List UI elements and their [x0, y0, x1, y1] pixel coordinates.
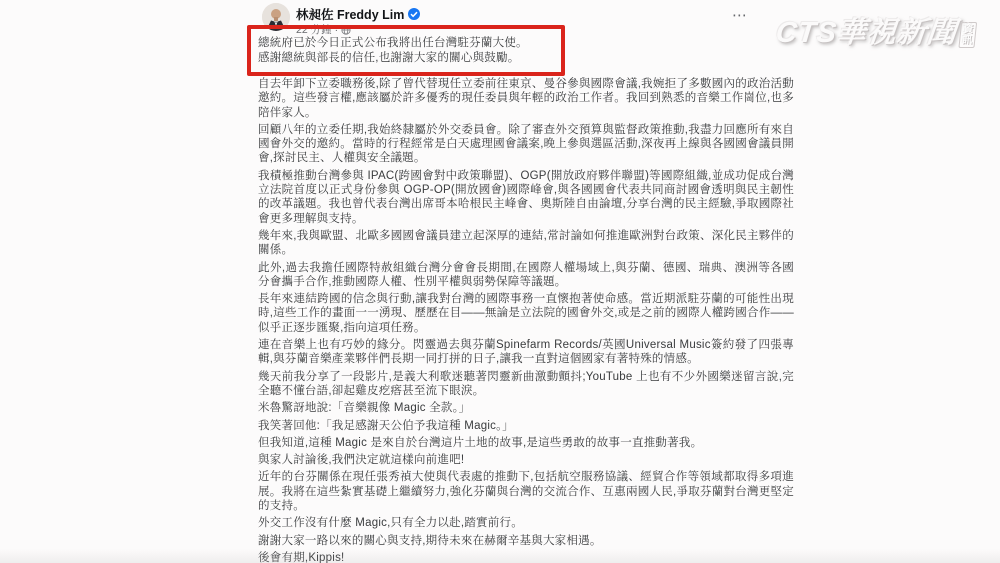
video-bottom-fade	[0, 549, 1000, 563]
post-paragraph: 長年來連結跨國的信念與行動,讓我對台灣的國際事務一直懷抱著使命感。當近期派駐芬蘭…	[258, 292, 794, 335]
post-paragraph: 謝謝大家一路以來的關心與支持,期待未來在赫爾辛基與大家相遇。	[258, 534, 794, 548]
author-name[interactable]: 林昶佐 Freddy Lim	[296, 5, 420, 23]
cts-suffix-top: 資	[963, 24, 974, 35]
post-paragraph: 外交工作沒有什麼 Magic,只有全力以赴,踏實前行。	[258, 516, 794, 530]
cts-logo-suffix: 資 訊	[958, 22, 977, 48]
page-background: { "watermark": { "logo_text": "CTS華視新聞",…	[0, 0, 1000, 563]
post-body-text: 自去年卸下立委職務後,除了曾代替現任立委前往東京、曼谷參與國際會議,我婉拒了多數…	[258, 77, 794, 563]
post-paragraph: 回顧八年的立委任期,我始終隸屬於外交委員會。除了審查外交預算與監督政策推動,我盡…	[258, 123, 794, 166]
post-paragraph: 幾天前我分享了一段影片,是義大利歌迷聽著閃靈新曲激動顫抖;YouTube 上也有…	[258, 370, 794, 399]
post-paragraph: 近年的台芬關係在現任張秀禎大使與代表處的推動下,包括航空服務協議、經貿合作等領域…	[258, 470, 794, 513]
post-paragraph: 但我知道,這種 Magic 是來自於台灣這片土地的故事,是這些勇敢的故事一直推動…	[258, 436, 794, 450]
post-paragraph: 我笑著回他:「我足感謝天公伯予我這種 Magic。」	[258, 419, 794, 433]
post-paragraph: 連在音樂上也有巧妙的緣分。閃靈過去與芬蘭Spinefarm Records/英國…	[258, 338, 794, 367]
cts-logo-text: CTS華視新聞	[774, 16, 959, 50]
post-paragraph: 自去年卸下立委職務後,除了曾代替現任立委前往東京、曼谷參與國際會議,我婉拒了多數…	[258, 77, 794, 120]
post-options-button[interactable]: ⋯	[728, 4, 753, 26]
cts-suffix-bottom: 訊	[962, 35, 973, 46]
cts-news-watermark: CTS華視新聞 資 訊	[774, 16, 978, 50]
post-paragraph: 我積極推動台灣參與 IPAC(跨國會對中政策聯盟)、OGP(開放政府夥伴聯盟)等…	[258, 169, 794, 226]
post-paragraph: 與家人討論後,我們決定就這樣向前進吧!	[258, 453, 794, 467]
highlight-box	[247, 25, 565, 76]
post-paragraph: 此外,過去我擔任國際特赦組織台灣分會會長期間,在國際人權場域上,與芬蘭、德國、瑞…	[258, 261, 794, 290]
verified-badge-icon	[408, 8, 420, 20]
post-paragraph: 米魯驚訝地說:「音樂親像 Magic 全款。」	[258, 401, 794, 415]
author-name-label: 林昶佐 Freddy Lim	[296, 5, 404, 23]
post-paragraph: 幾年來,我與歐盟、北歐多國國會議員建立起深厚的連結,常討論如何推進歐洲對台政策、…	[258, 229, 794, 258]
